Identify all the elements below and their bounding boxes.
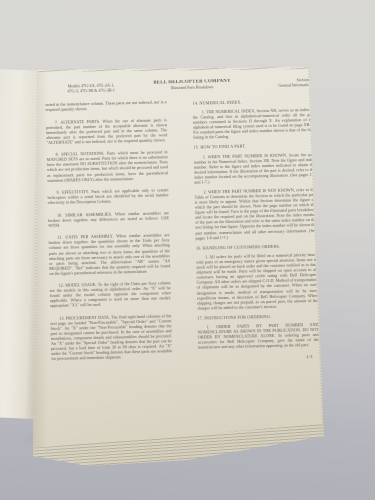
- paragraph-effectivity: 9. EFFECTIVITY. Parts which are applicab…: [47, 187, 168, 205]
- paragraph-part-number-not-known: 2. WHEN THE PART NUMBER IS NOT KNOWN, re…: [194, 187, 316, 240]
- paragraph-handling-orders: 1. All orders for parts will be filled o…: [196, 252, 318, 310]
- paragraph-units-per-assembly: 11. UNITS PER ASSEMBLY. When similar ass…: [48, 233, 170, 276]
- models-line-2: 47G-3, 47G-3B & 47G-3B-1: [47, 87, 135, 94]
- page-content: Models 47G-2A, 47G-2A-1, 47G-3, 47G-3B &…: [45, 78, 321, 440]
- section-sublabel: General Information: [249, 83, 311, 89]
- page-header: Models 47G-2A, 47G-2A-1, 47G-3, 47G-3B &…: [47, 78, 311, 94]
- text-columns: noted in the nomenclature column. These …: [45, 96, 319, 369]
- heading-how-to-find-a-part: 15. HOW TO FIND A PART.: [193, 142, 314, 150]
- paragraph-similar-assemblies: 10. SIMILAR ASSEMBLIES. When similar ass…: [48, 210, 169, 228]
- heading-numerical-index: 14. NUMERICAL INDEX.: [192, 97, 313, 105]
- left-column: noted in the nomenclature column. These …: [45, 99, 172, 369]
- paragraph-alternate-parts: 7. ALTERNATE PARTS. When the use of alte…: [46, 117, 168, 145]
- heading-instructions-for-ordering: 17. INSTRUCTIONS FOR ORDERING.: [197, 313, 318, 321]
- heading-handling-customers-orders: 16. HANDLING OF CUSTOMERS ORDERS.: [196, 243, 317, 251]
- header-model-list: Models 47G-2A, 47G-2A-1, 47G-3, 47G-3B &…: [47, 82, 135, 94]
- paragraph-continuation: noted in the nomenclature column. These …: [45, 99, 166, 112]
- document-page: Models 47G-2A, 47G-2A-1, 47G-3, 47G-3B &…: [28, 64, 328, 454]
- paragraph-procurement-data: 13. PROCUREMENT DATA. The final right ha…: [50, 313, 172, 361]
- right-column: 14. NUMERICAL INDEX. 1. THE NUMERICAL IN…: [192, 96, 319, 366]
- paragraph-part-number-known: 1. WHEN THE PART NUMBER IS KNOWN, locate…: [194, 152, 316, 185]
- paragraph-special-notations: 8. SPECIAL NOTATIONS. Parts which must b…: [47, 150, 169, 183]
- photo-background: Models 47G-2A, 47G-2A-1, 47G-3, 47G-3B &…: [0, 0, 375, 500]
- paragraph-ordering-instructions: 1. ORDER PARTS BY PART NUMBER AND NOMENC…: [198, 322, 320, 350]
- header-company: BELL HELICOPTER COMPANY Illustrated Part…: [153, 79, 231, 91]
- paragraph-model-usage: 12. MODEL USAGE. To the right of the Uni…: [50, 281, 172, 309]
- page-number: 1-3: [198, 355, 312, 363]
- header-section: Section I General Information: [249, 78, 311, 89]
- paragraph-numerical-index: 1. THE NUMERICAL INDEX, Section XB, serv…: [193, 107, 315, 140]
